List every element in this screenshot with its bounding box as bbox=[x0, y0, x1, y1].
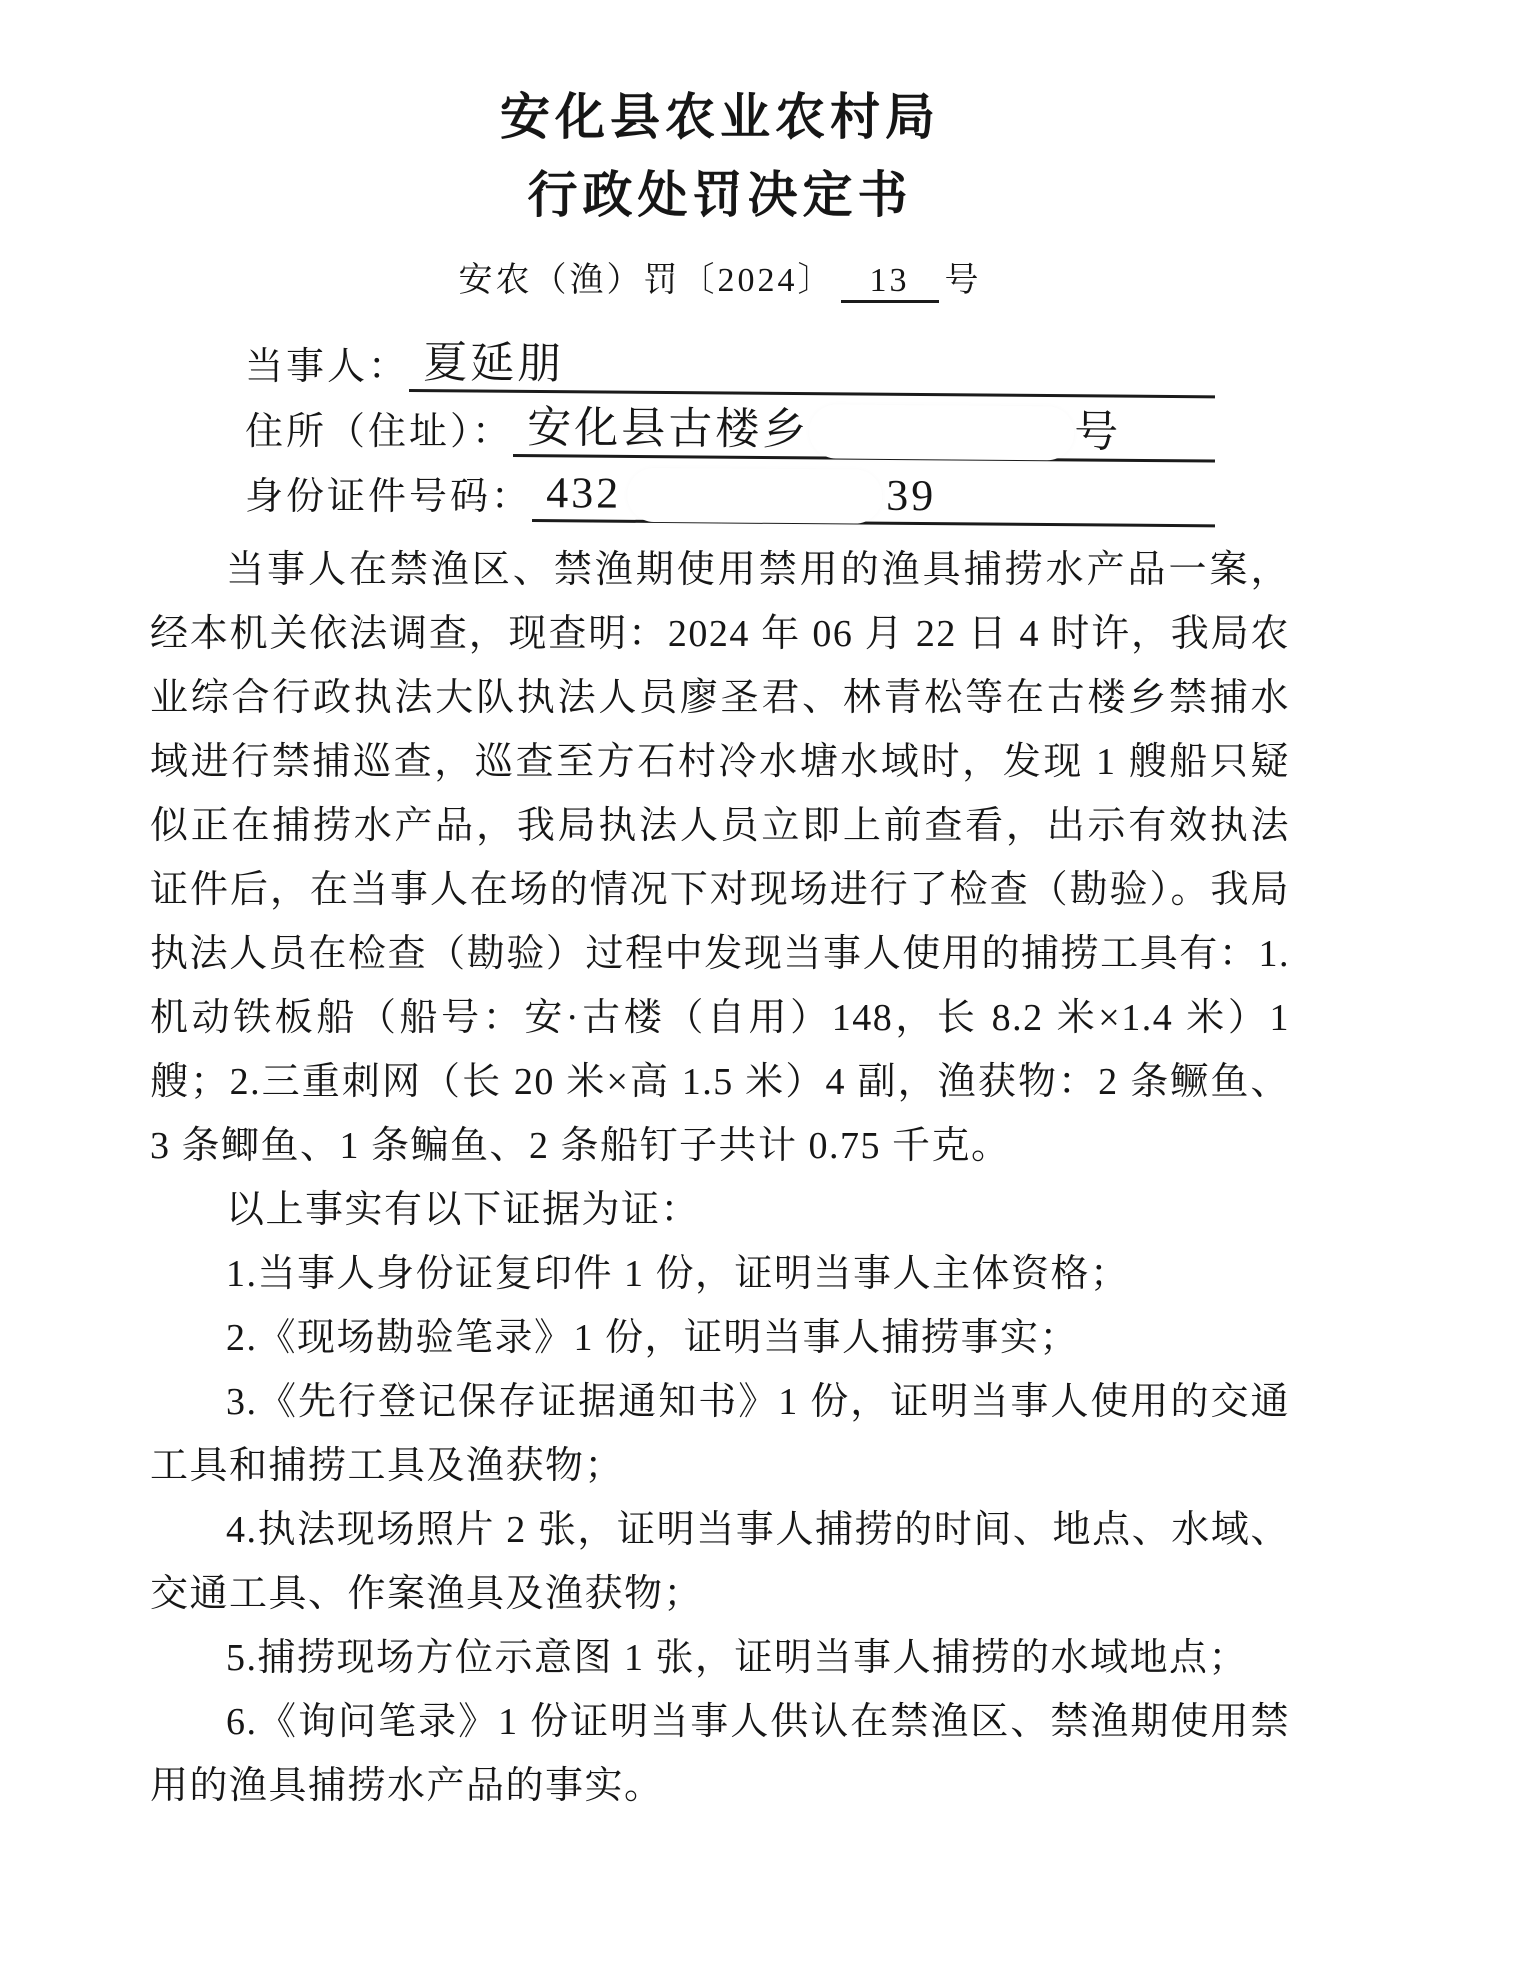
evidence-item-1: 1.当事人身份证复印件 1 份，证明当事人主体资格； bbox=[150, 1242, 1290, 1306]
id-number-value-line: 43239 bbox=[532, 453, 1216, 527]
address-label: 住所（住址）： bbox=[245, 400, 513, 457]
id-number-prefix-text: 432 bbox=[546, 468, 621, 518]
document-number-value: 13 bbox=[841, 262, 939, 303]
address-suffix-text: 号 bbox=[1074, 407, 1121, 456]
field-address: 住所（住址）： 安化县古楼乡号 bbox=[150, 392, 1215, 457]
id-number-label: 身份证件号码： bbox=[245, 465, 532, 522]
address-value-line: 安化县古楼乡号 bbox=[513, 388, 1216, 463]
party-info-fields: 当事人： 夏延朋 住所（住址）： 安化县古楼乡号 身份证件号码： 43239 bbox=[150, 327, 1290, 522]
redaction-box bbox=[809, 404, 1074, 460]
evidence-item-6: 6.《询问笔录》1 份证明当事人供认在禁渔区、禁渔期使用禁用的渔具捕捞水产品的事… bbox=[150, 1690, 1290, 1818]
address-visible-text: 安化县古楼乡 bbox=[527, 403, 809, 454]
document-number-prefix: 安农（渔）罚〔2024〕 bbox=[459, 262, 835, 299]
evidence-item-4: 4.执法现场照片 2 张，证明当事人捕捞的时间、地点、水域、交通工具、作案渔具及… bbox=[150, 1498, 1290, 1626]
field-id-number: 身份证件号码： 43239 bbox=[150, 457, 1215, 522]
field-party: 当事人： 夏延朋 bbox=[150, 327, 1215, 392]
paragraph-evidence-intro: 以上事实有以下证据为证： bbox=[150, 1178, 1290, 1242]
party-label: 当事人： bbox=[245, 335, 409, 392]
document-type-title: 行政处罚决定书 bbox=[150, 156, 1290, 234]
evidence-item-2: 2.《现场勘验笔录》1 份，证明当事人捕捞事实； bbox=[150, 1306, 1290, 1370]
document-content: 安化县农业农村局 行政处罚决定书 安农（渔）罚〔2024〕13号 当事人： 夏延… bbox=[150, 78, 1290, 1818]
evidence-item-5: 5.捕捞现场方位示意图 1 张，证明当事人捕捞的水域地点； bbox=[150, 1626, 1290, 1690]
party-name: 夏延朋 bbox=[423, 338, 564, 388]
id-number-suffix-text: 39 bbox=[886, 471, 936, 520]
paragraph-case-facts: 当事人在禁渔区、禁渔期使用禁用的渔具捕捞水产品一案，经本机关依法调查，现查明：2… bbox=[150, 538, 1290, 1178]
document-number-suffix: 号 bbox=[945, 262, 982, 299]
scanned-penalty-decision-document: 安化县农业农村局 行政处罚决定书 安农（渔）罚〔2024〕13号 当事人： 夏延… bbox=[0, 0, 1530, 1980]
document-body: 当事人在禁渔区、禁渔期使用禁用的渔具捕捞水产品一案，经本机关依法调查，现查明：2… bbox=[150, 538, 1290, 1818]
issuing-authority-title: 安化县农业农村局 bbox=[150, 78, 1290, 156]
redaction-box bbox=[627, 468, 882, 524]
evidence-item-3: 3.《先行登记保存证据通知书》1 份，证明当事人使用的交通工具和捕捞工具及渔获物… bbox=[150, 1370, 1290, 1498]
document-number: 安农（渔）罚〔2024〕13号 bbox=[150, 252, 1290, 303]
